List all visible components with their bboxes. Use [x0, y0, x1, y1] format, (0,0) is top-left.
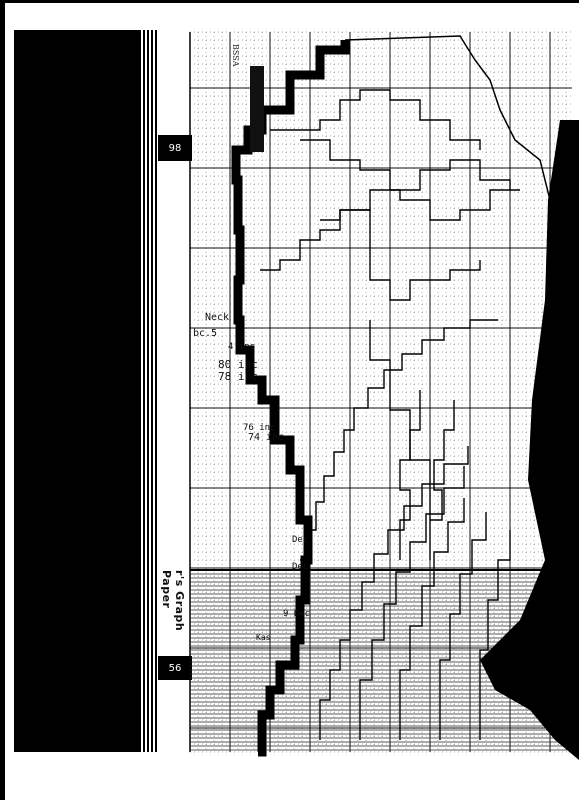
annotation-74inc: 74 inc	[248, 432, 284, 443]
annotation-4inc: 4 inc	[228, 342, 255, 352]
annotation-neck: Neck	[205, 312, 229, 323]
graph-paper-diagram	[0, 0, 579, 800]
annotation-bc5: bc.5	[193, 328, 217, 339]
annotation-dec-1: Dec	[292, 535, 308, 545]
annotation-dec-2: Dec	[292, 562, 308, 572]
annotation-9dec: 9 Dec	[283, 609, 310, 619]
annotation-78inc: 78 inc	[218, 370, 258, 383]
annotation-kas: Kas	[256, 633, 270, 642]
scanned-page: 98 56 r's Graph Paper BSSA Neck bc.5 4 i…	[0, 0, 579, 800]
